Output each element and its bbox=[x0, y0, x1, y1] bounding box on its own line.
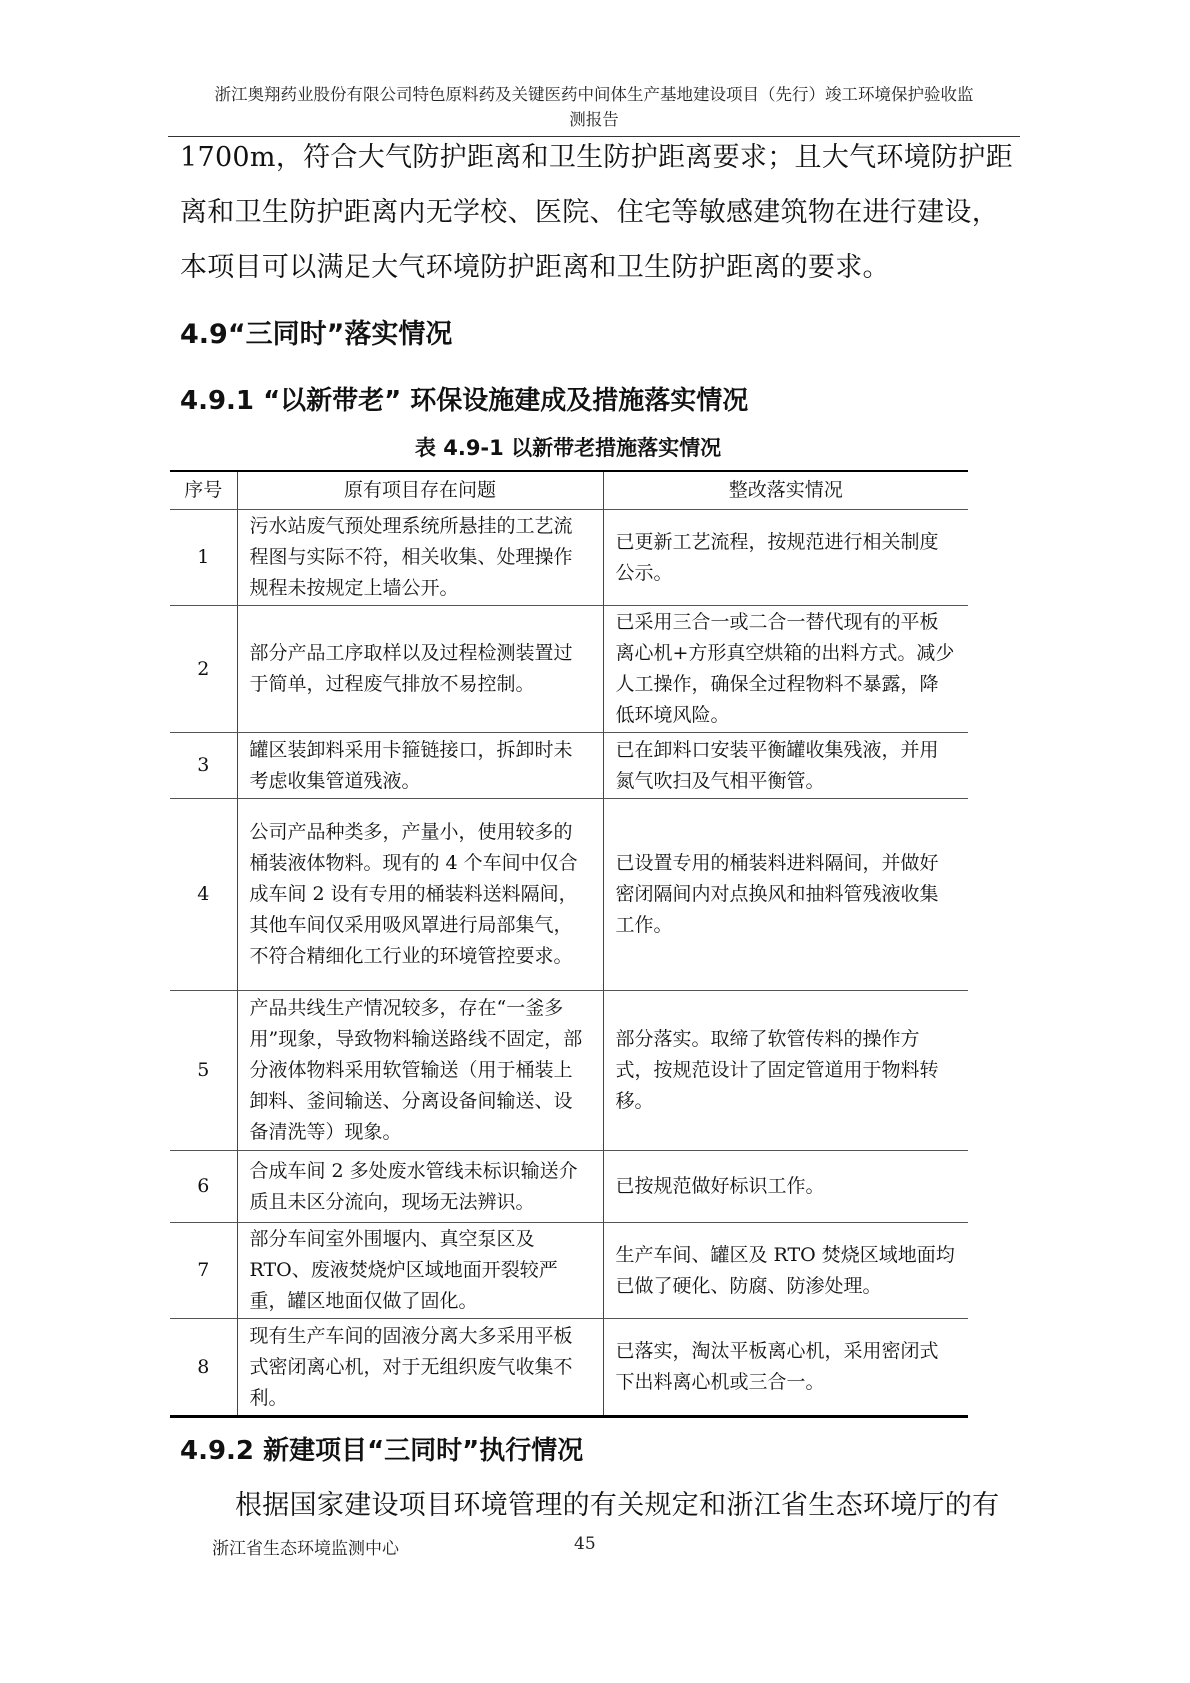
cell-problem: 产品共线生产情况较多，存在“一釜多用”现象，导致物料输送路线不固定，部分液体物料… bbox=[237, 991, 603, 1151]
cell-no: 7 bbox=[170, 1223, 237, 1319]
cell-no: 4 bbox=[170, 799, 237, 991]
section-heading-4-9: 4.9“三同时”落实情况 bbox=[180, 312, 452, 351]
cell-fix: 已按规范做好标识工作。 bbox=[603, 1151, 968, 1223]
cell-problem: 现有生产车间的固液分离大多采用平板式密闭离心机，对于无组织废气收集不利。 bbox=[237, 1319, 603, 1417]
cell-problem: 合成车间 2 多处废水管线未标识输送介质且未区分流向，现场无法辨识。 bbox=[237, 1151, 603, 1223]
cell-fix: 部分落实。取缔了软管传料的操作方式，按规范设计了固定管道用于物料转移。 bbox=[603, 991, 968, 1151]
cell-no: 5 bbox=[170, 991, 237, 1151]
header-no: 序号 bbox=[170, 471, 237, 510]
cell-problem: 公司产品种类多，产量小，使用较多的桶装液体物料。现有的 4 个车间中仅合成车间 … bbox=[237, 799, 603, 991]
table-row: 5 产品共线生产情况较多，存在“一釜多用”现象，导致物料输送路线不固定，部分液体… bbox=[170, 991, 968, 1151]
closing-paragraph: 根据国家建设项目环境管理的有关规定和浙江省生态环境厅的有 bbox=[235, 1478, 1035, 1533]
cell-problem: 污水站废气预处理系统所悬挂的工艺流程图与实际不符，相关收集、处理操作规程未按规定… bbox=[237, 510, 603, 606]
table-row: 3 罐区装卸料采用卡箍链接口，拆卸时未考虑收集管道残液。 已在卸料口安装平衡罐收… bbox=[170, 733, 968, 799]
header-fix: 整改落实情况 bbox=[603, 471, 968, 510]
header-problem: 原有项目存在问题 bbox=[237, 471, 603, 510]
intro-paragraph: 1700m，符合大气防护距离和卫生防护距离要求；且大气环境防护距 离和卫生防护距… bbox=[180, 130, 1020, 295]
cell-no: 1 bbox=[170, 510, 237, 606]
table-row: 4 公司产品种类多，产量小，使用较多的桶装液体物料。现有的 4 个车间中仅合成车… bbox=[170, 799, 968, 991]
cell-no: 3 bbox=[170, 733, 237, 799]
cell-no: 8 bbox=[170, 1319, 237, 1417]
table-row: 7 部分车间室外围堰内、真空泵区及RTO、废液焚烧炉区域地面开裂较严重，罐区地面… bbox=[170, 1223, 968, 1319]
running-header-line1: 浙江奥翔药业股份有限公司特色原料药及关键医药中间体生产基地建设项目（先行）竣工环… bbox=[168, 82, 1020, 107]
table-row: 2 部分产品工序取样以及过程检测装置过于简单，过程废气排放不易控制。 已采用三合… bbox=[170, 606, 968, 733]
cell-fix: 已设置专用的桶装料进料隔间，并做好密闭隔间内对点换风和抽料管残液收集工作。 bbox=[603, 799, 968, 991]
table-row: 6 合成车间 2 多处废水管线未标识输送介质且未区分流向，现场无法辨识。 已按规… bbox=[170, 1151, 968, 1223]
table-row: 1 污水站废气预处理系统所悬挂的工艺流程图与实际不符，相关收集、处理操作规程未按… bbox=[170, 510, 968, 606]
footer-page-number: 45 bbox=[574, 1534, 596, 1554]
cell-problem: 部分车间室外围堰内、真空泵区及RTO、废液焚烧炉区域地面开裂较严重，罐区地面仅做… bbox=[237, 1223, 603, 1319]
intro-line-3: 本项目可以满足大气环境防护距离和卫生防护距离的要求。 bbox=[180, 240, 1020, 295]
intro-line-2: 离和卫生防护距离内无学校、医院、住宅等敏感建筑物在进行建设， bbox=[180, 185, 1020, 240]
cell-no: 2 bbox=[170, 606, 237, 733]
running-header-line2: 测报告 bbox=[168, 107, 1020, 132]
cell-problem: 部分产品工序取样以及过程检测装置过于简单，过程废气排放不易控制。 bbox=[237, 606, 603, 733]
cell-no: 6 bbox=[170, 1151, 237, 1223]
footer-organization: 浙江省生态环境监测中心 bbox=[212, 1534, 399, 1559]
intro-line-1: 1700m，符合大气防护距离和卫生防护距离要求；且大气环境防护距 bbox=[180, 130, 1020, 185]
cell-fix: 已采用三合一或二合一替代现有的平板离心机+方形真空烘箱的出料方式。减少人工操作，… bbox=[603, 606, 968, 733]
table-row: 8 现有生产车间的固液分离大多采用平板式密闭离心机，对于无组织废气收集不利。 已… bbox=[170, 1319, 968, 1417]
measures-table: 序号 原有项目存在问题 整改落实情况 1 污水站废气预处理系统所悬挂的工艺流程图… bbox=[170, 470, 968, 1418]
cell-fix: 生产车间、罐区及 RTO 焚烧区域地面均已做了硬化、防腐、防渗处理。 bbox=[603, 1223, 968, 1319]
cell-problem: 罐区装卸料采用卡箍链接口，拆卸时未考虑收集管道残液。 bbox=[237, 733, 603, 799]
section-heading-4-9-1: 4.9.1 “以新带老” 环保设施建成及措施落实情况 bbox=[180, 380, 748, 417]
table-header-row: 序号 原有项目存在问题 整改落实情况 bbox=[170, 471, 968, 510]
cell-fix: 已更新工艺流程，按规范进行相关制度公示。 bbox=[603, 510, 968, 606]
table-caption: 表 4.9-1 以新带老措施落实情况 bbox=[168, 432, 968, 462]
cell-fix: 已落实，淘汰平板离心机，采用密闭式下出料离心机或三合一。 bbox=[603, 1319, 968, 1417]
cell-fix: 已在卸料口安装平衡罐收集残液，并用氮气吹扫及气相平衡管。 bbox=[603, 733, 968, 799]
running-header: 浙江奥翔药业股份有限公司特色原料药及关键医药中间体生产基地建设项目（先行）竣工环… bbox=[168, 82, 1020, 132]
section-heading-4-9-2: 4.9.2 新建项目“三同时”执行情况 bbox=[180, 1430, 583, 1467]
